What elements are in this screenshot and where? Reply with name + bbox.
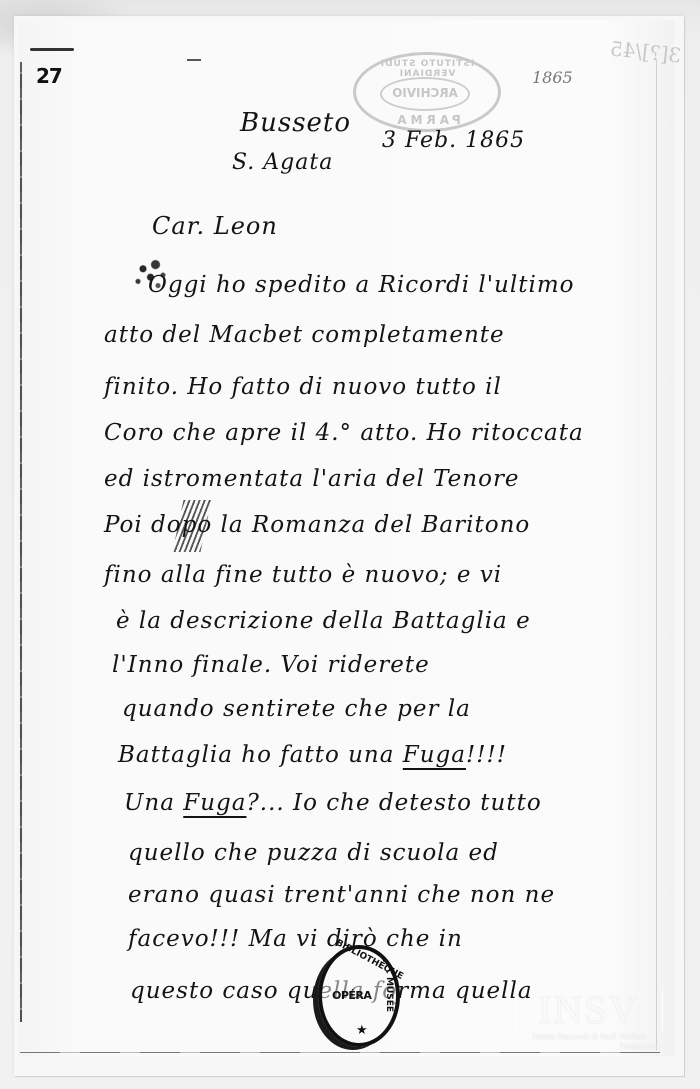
library-stamp: BIBLIOTHÈQUE OPÉRA MUSÉE ★	[318, 945, 400, 1047]
letter-line: è la descrizione della Battaglia e	[116, 608, 531, 634]
star-icon: ★	[356, 1023, 368, 1038]
letter-place-line-2: S. Agata	[232, 150, 333, 175]
letter-line: Battaglia ho fatto una Fuga!!!!	[118, 742, 507, 768]
letter-line: atto del Macbet completamente	[104, 322, 505, 348]
left-margin-line	[20, 62, 22, 1022]
right-page-edge	[656, 60, 657, 1050]
letter-line: l'Inno finale. Voi riderete	[112, 652, 430, 678]
letter-line: facevo!!! Ma vi dirò che in	[128, 926, 463, 952]
watermark-logo: INSV	[515, 990, 663, 1030]
library-stamp-side-text: MUSÉE	[384, 977, 394, 1012]
letter-place-line-1: Busseto	[240, 108, 351, 138]
underlined-word: Fuga	[183, 790, 246, 816]
letter-line: Poi dopo la Romanza del Baritono	[104, 512, 530, 538]
top-pen-dash	[30, 48, 74, 51]
letter-line: Oggi ho spedito a Ricordi l'ultimo	[148, 272, 574, 298]
letter-line: finito. Ho fatto di nuovo tutto il	[104, 374, 502, 400]
insv-watermark: INSV Istituto Nazionale di Studi Verdian…	[515, 990, 663, 1054]
letter-line: fino alla fine tutto è nuovo; e vi	[104, 562, 502, 588]
library-stamp-center-text: OPÉRA	[332, 989, 371, 1002]
letter-line: erano quasi trent'anni che non ne	[128, 882, 555, 908]
archive-stamp-ring-text: ISTITUTO STUDI VERDIANI	[356, 59, 498, 79]
watermark-subtitle: Fondazione	[515, 1042, 663, 1052]
archive-stamp-bottom-text: PARMA	[356, 113, 498, 127]
letter-line: quello che puzza di scuola ed	[128, 840, 499, 866]
pencil-year-annotation: 1865	[532, 68, 573, 87]
manuscript-page	[14, 16, 684, 1076]
archive-stamp-center-text: ARCHIVIO	[380, 77, 470, 111]
page-number: 27	[36, 64, 62, 88]
underlined-word: Fuga	[403, 742, 466, 768]
watermark-org-name: Istituto Nazionale di Studi Verdiani	[515, 1032, 663, 1042]
archive-stamp: ISTITUTO STUDI VERDIANI ARCHIVIO PARMA	[353, 52, 501, 132]
letter-line: ed istromentata l'aria del Tenore	[104, 466, 520, 492]
letter-line: quando sentirete che per la	[122, 696, 471, 722]
letter-line: Coro che apre il 4.° atto. Ho ritoccata	[104, 420, 584, 446]
letter-date: 3 Feb. 1865	[382, 128, 525, 153]
letter-line: Una Fuga?... Io che detesto tutto	[124, 790, 542, 816]
top-pen-mark	[187, 59, 201, 61]
letter-salutation: Car. Leon	[152, 212, 278, 240]
